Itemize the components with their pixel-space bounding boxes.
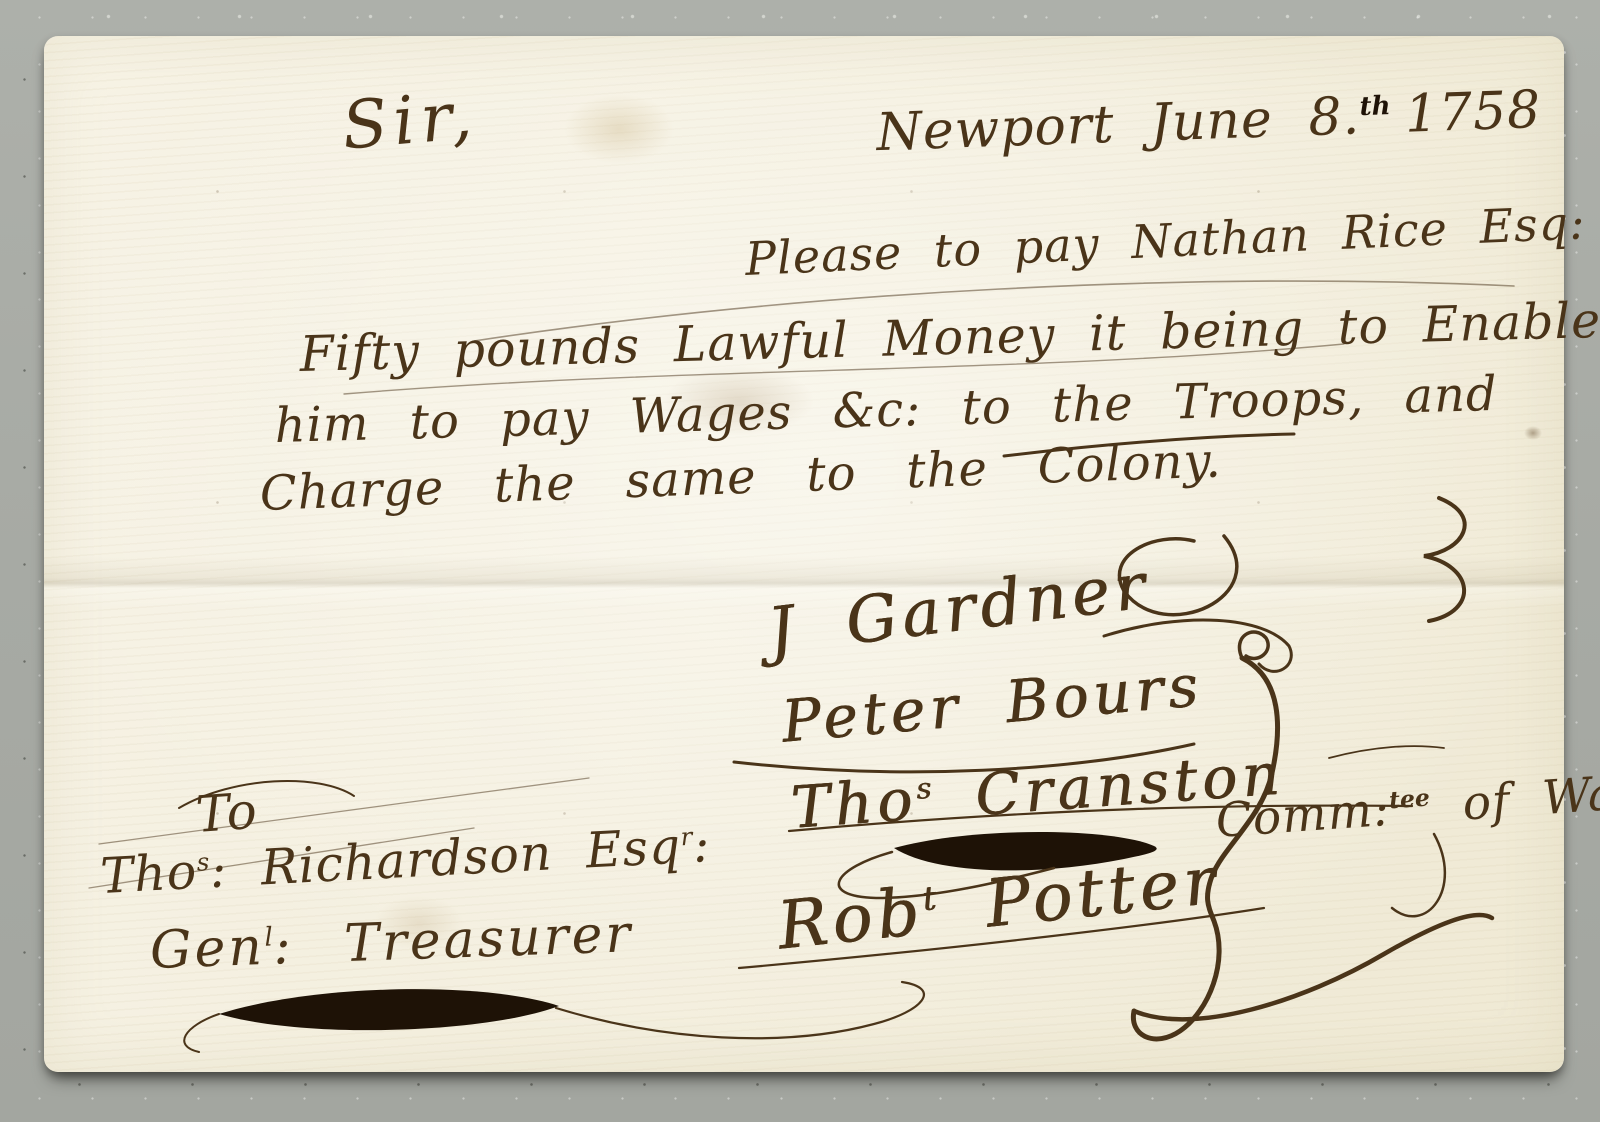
ink-blot-treasurer [219,989,559,1030]
salutation: Sir, [339,76,481,165]
flourish-colony-swash [1424,498,1465,621]
flourish-treasurer-lead [184,1014,219,1052]
committee-superscript: tee [1388,784,1431,815]
date-superscript: th [1359,91,1391,122]
photo-background: Sir, Newport June 8.th1758 Please to pay… [0,0,1600,1122]
document-paper: Sir, Newport June 8.th1758 Please to pay… [44,36,1564,1072]
address-to: To [194,782,259,844]
flourish-war-descender [1392,834,1445,916]
brace-top-curl [1239,632,1268,658]
overline-tee [1329,746,1444,758]
flourish-treasurer-tail [556,982,924,1038]
dateline-year: 1758 [1404,80,1542,145]
brace-bottom-swash [1134,915,1492,1019]
